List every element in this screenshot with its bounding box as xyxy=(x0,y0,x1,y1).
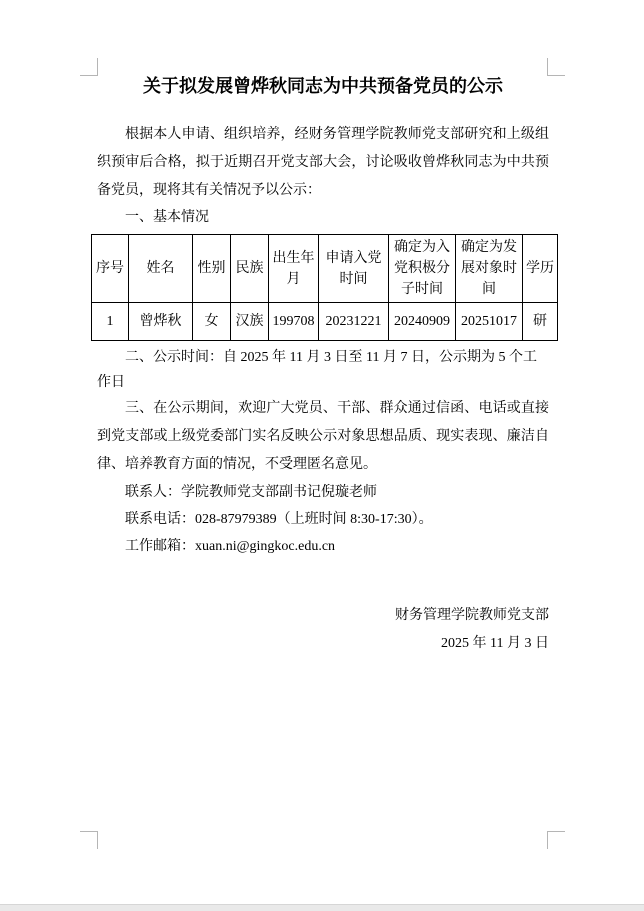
margin-mark-top-left xyxy=(80,58,98,76)
page-bottom-edge xyxy=(0,904,644,911)
signature-org: 财务管理学院教师党支部 xyxy=(97,602,549,630)
header-ethnicity: 民族 xyxy=(231,235,269,303)
contact-person-line: 联系人：学院教师党支部副书记倪璇老师 xyxy=(97,479,549,506)
document-content: 关于拟发展曾烨秋同志为中共预备党员的公示 根据本人申请、组织培养，经财务管理学院… xyxy=(97,74,549,658)
document-title: 关于拟发展曾烨秋同志为中共预备党员的公示 xyxy=(97,74,549,98)
header-serial-number: 序号 xyxy=(92,235,129,303)
margin-mark-bottom-right xyxy=(547,831,565,849)
document-page: 关于拟发展曾烨秋同志为中共预备党员的公示 根据本人申请、组织培养，经财务管理学院… xyxy=(0,0,644,911)
cell-development-time: 20251017 xyxy=(456,303,523,341)
header-application-time: 申请入党时间 xyxy=(319,235,389,303)
section2-paragraph: 二、公示时间：自 2025 年 11 月 3 日至 11 月 7 日，公示期为 … xyxy=(97,345,549,395)
header-activist-time: 确定为入党积极分子时间 xyxy=(389,235,456,303)
contact-email-line: 工作邮箱：xuan.ni@gingkoc.edu.cn xyxy=(97,533,549,560)
cell-birth-date: 199708 xyxy=(269,303,319,341)
section3-paragraph: 三、在公示期间，欢迎广大党员、干部、群众通过信函、电话或直接到党支部或上级党委部… xyxy=(97,395,549,479)
header-education: 学历 xyxy=(523,235,558,303)
intro-paragraph: 根据本人申请、组织培养，经财务管理学院教师党支部研究和上级组织预审后合格，拟于近… xyxy=(97,121,549,205)
header-development-time: 确定为发展对象时间 xyxy=(456,235,523,303)
signature-date: 2025 年 11 月 3 日 xyxy=(97,630,549,658)
table-header-row: 序号 姓名 性别 民族 出生年月 申请入党时间 确定为入党积极分子时间 确定为发… xyxy=(92,235,558,303)
cell-name: 曾烨秋 xyxy=(129,303,193,341)
basic-info-table: 序号 姓名 性别 民族 出生年月 申请入党时间 确定为入党积极分子时间 确定为发… xyxy=(91,234,558,341)
cell-activist-time: 20240909 xyxy=(389,303,456,341)
cell-application-time: 20231221 xyxy=(319,303,389,341)
table-row: 1 曾烨秋 女 汉族 199708 20231221 20240909 2025… xyxy=(92,303,558,341)
signature-block: 财务管理学院教师党支部 2025 年 11 月 3 日 xyxy=(97,602,549,658)
cell-education: 研 xyxy=(523,303,558,341)
section1-heading: 一、基本情况 xyxy=(97,205,549,230)
cell-gender: 女 xyxy=(193,303,231,341)
cell-ethnicity: 汉族 xyxy=(231,303,269,341)
header-birth-date: 出生年月 xyxy=(269,235,319,303)
cell-serial-number: 1 xyxy=(92,303,129,341)
header-name: 姓名 xyxy=(129,235,193,303)
margin-mark-bottom-left xyxy=(80,831,98,849)
margin-mark-top-right xyxy=(547,58,565,76)
header-gender: 性别 xyxy=(193,235,231,303)
contact-phone-line: 联系电话：028-87979389（上班时间 8:30-17:30）。 xyxy=(97,506,549,533)
